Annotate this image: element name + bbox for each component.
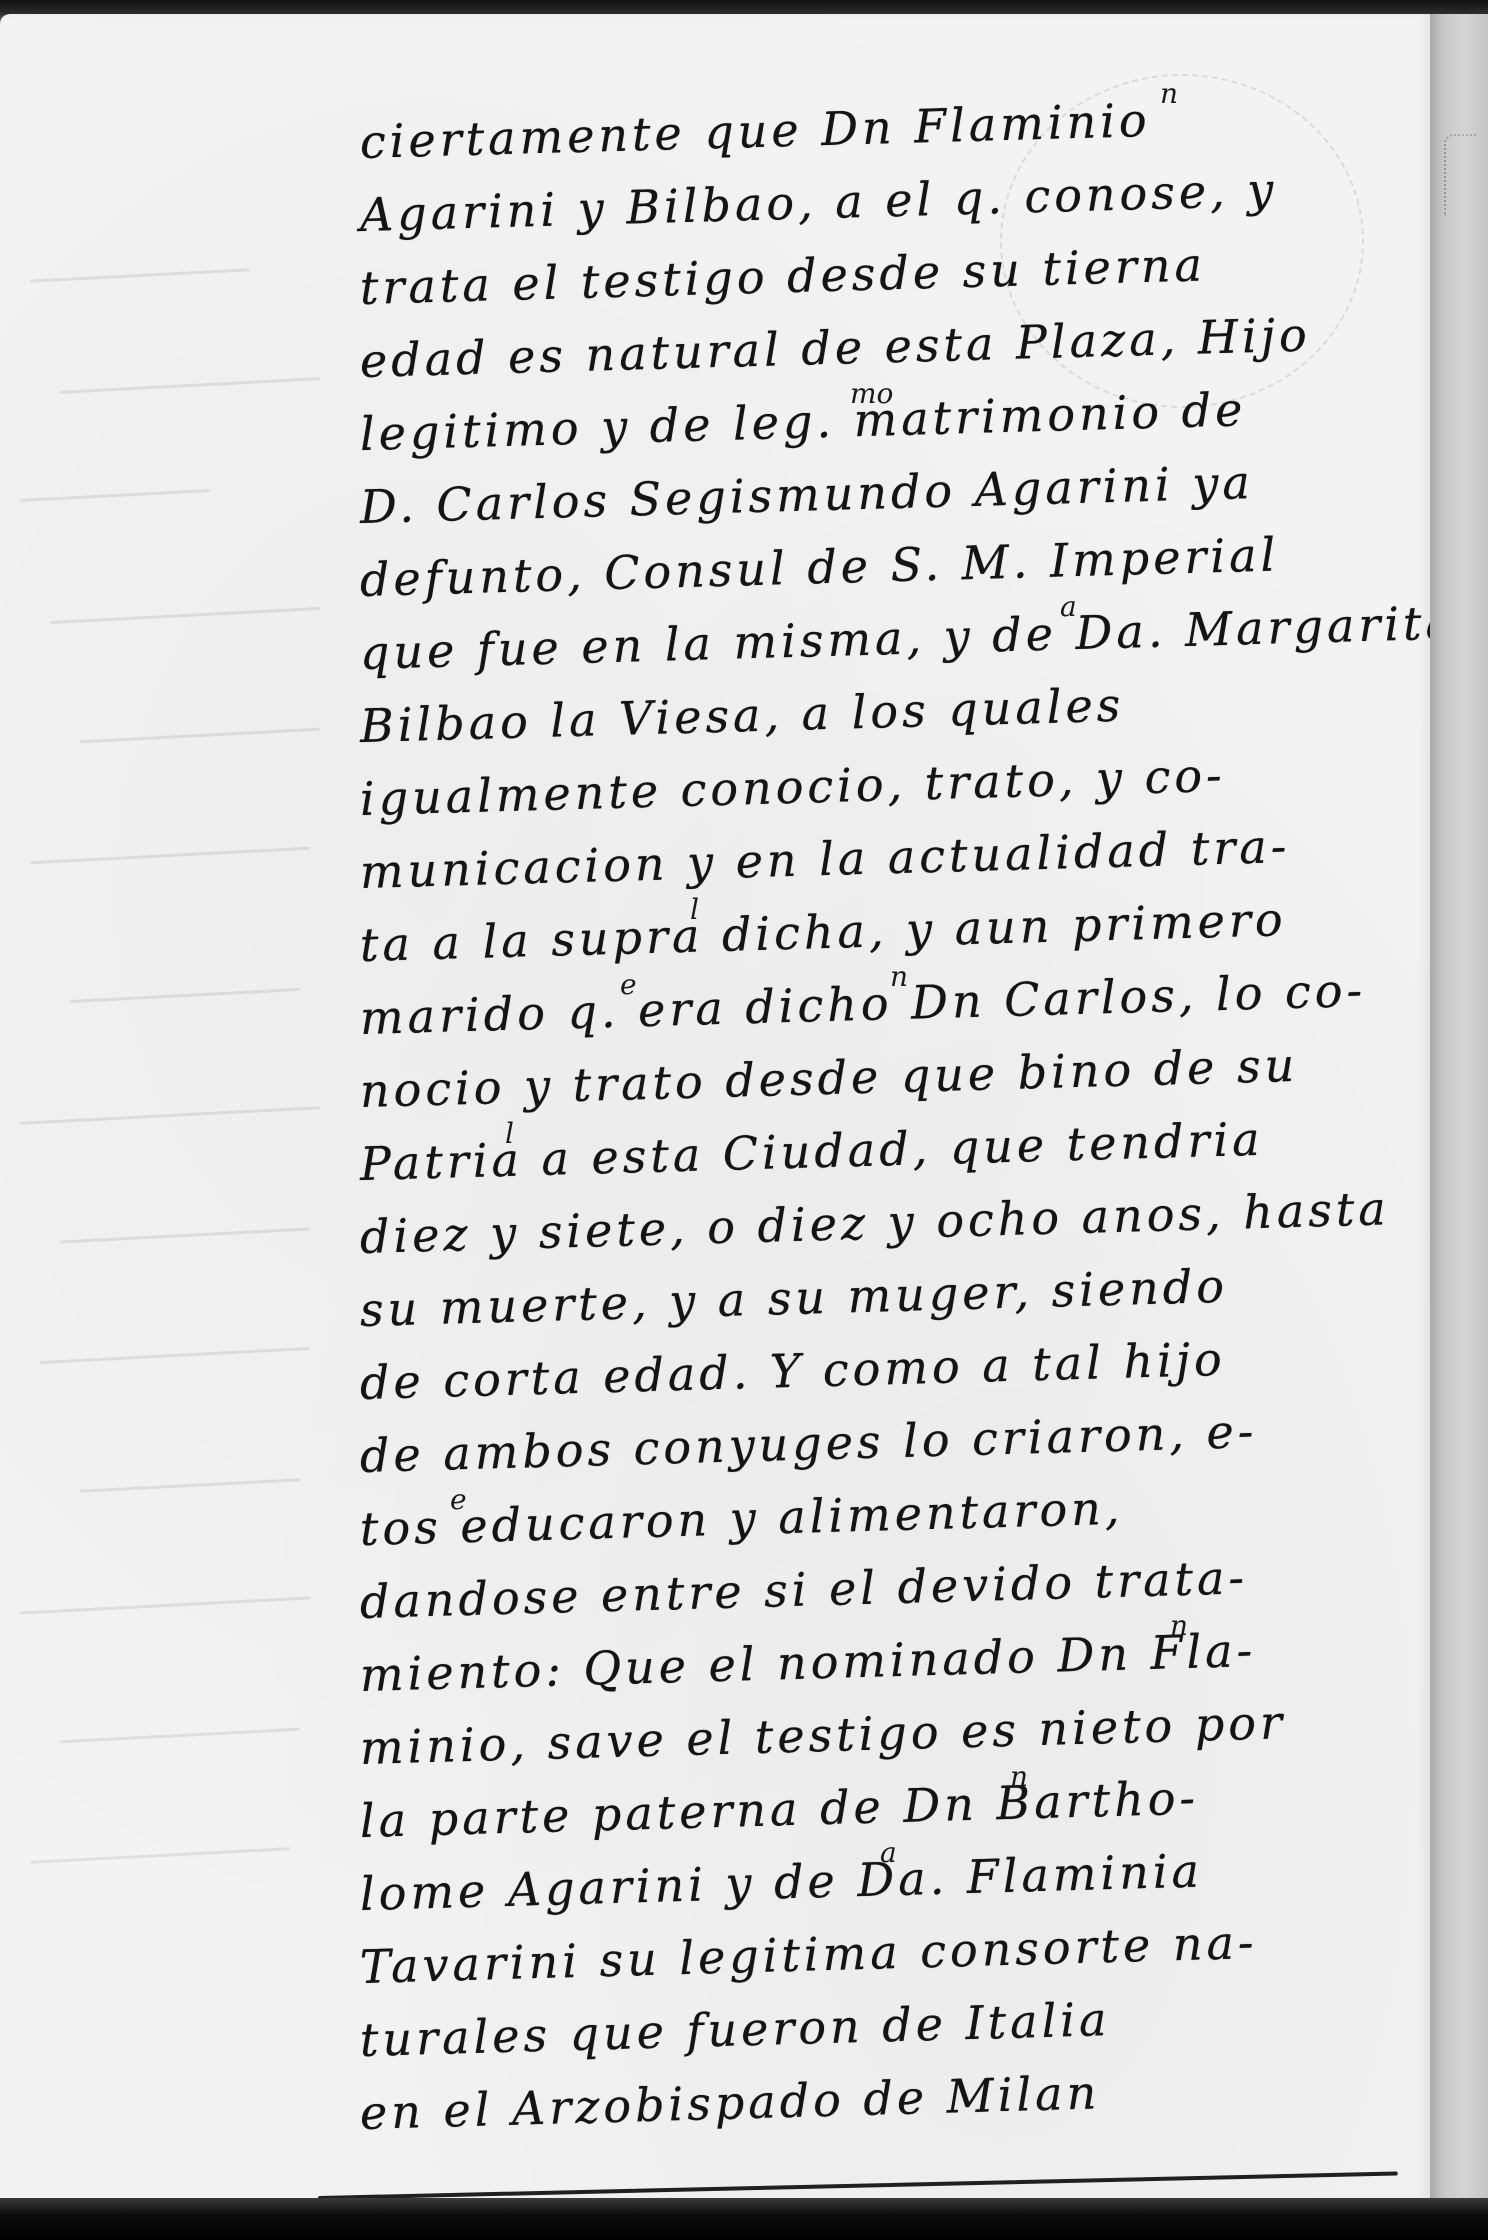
superscript-mark: e [620, 971, 637, 999]
manuscript-scan: ciertamente que Dn Flaminio Agarini y Bi… [0, 0, 1488, 2240]
ink-bleed-through [20, 234, 340, 1934]
superscript-mark: n [890, 963, 908, 991]
adjacent-page-ink-trace [1444, 134, 1476, 216]
scan-bottom-border [0, 2198, 1488, 2240]
superscript-mark: e [450, 1486, 467, 1514]
superscript-mark: n [1160, 80, 1178, 108]
superscript-mark: n [1010, 1763, 1028, 1791]
superscript-mark: l [505, 1120, 514, 1148]
superscript-mark: n [1170, 1612, 1188, 1640]
superscript-mark: mo [850, 380, 893, 408]
superscript-mark: l [690, 896, 699, 924]
manuscript-page: ciertamente que Dn Flaminio Agarini y Bi… [0, 14, 1430, 2206]
superscript-mark: a [1060, 593, 1077, 621]
superscript-mark: a [880, 1839, 897, 1867]
adjacent-page-edge [1430, 14, 1488, 2206]
